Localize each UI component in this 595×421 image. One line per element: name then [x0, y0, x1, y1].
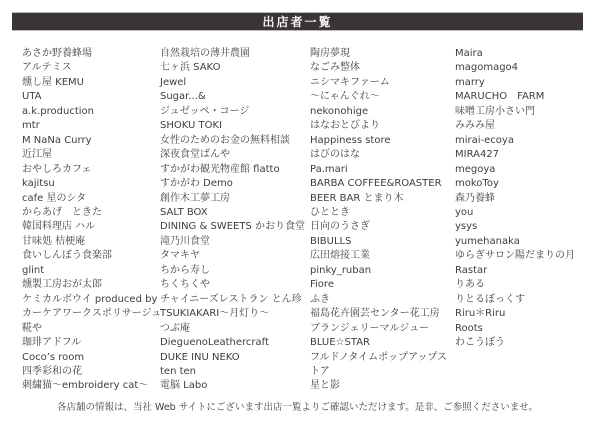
vendor-name: DUKE INU NEKO — [160, 351, 310, 365]
vendor-name: MIRA427 — [455, 148, 587, 162]
vendor-column-3: 陶房夢現なごみ整体ニシマキファーム～にゃんぐれ～nekonohigeはなおとびよ… — [310, 47, 455, 394]
vendor-name: Rastar — [455, 264, 587, 278]
vendor-name: ゆらぎサロン陽だまりの月 — [455, 249, 587, 263]
vendor-name: ニシマキファーム — [310, 76, 455, 90]
vendor-name: からあげ ときた — [22, 206, 160, 220]
vendor-name: mtr — [22, 119, 160, 133]
vendor-name: Happiness store — [310, 134, 455, 148]
vendor-name: 燻し屋 KEMU — [22, 76, 160, 90]
vendor-name: MARUCHO FARM — [455, 90, 587, 104]
vendor-name: Roots — [455, 322, 587, 336]
footer-note: 各店舗の情報は、当社 Web サイトにございます出店一覧よりご確認いただけます。… — [0, 399, 595, 413]
vendor-name: pinky_ruban — [310, 264, 455, 278]
vendor-column-4: Mairamagomago4marryMARUCHO FARM味噌工房小さい門み… — [455, 47, 587, 394]
vendor-name: Fiore — [310, 278, 455, 292]
vendor-name: 深夜食堂ばんや — [160, 148, 310, 162]
vendor-name: カーケアワークスポリサージュ — [22, 307, 160, 321]
vendor-name: りある — [455, 278, 587, 292]
vendor-name: つぶ庵 — [160, 322, 310, 336]
vendor-name: Sugar...& — [160, 90, 310, 104]
vendor-name: ブランジェリーマルジュー — [310, 322, 455, 336]
vendor-name: a.k.production — [22, 105, 160, 119]
vendor-name: ケミカルボウイ produced by — [22, 293, 160, 307]
vendor-name: 近江屋 — [22, 148, 160, 162]
vendor-name: SALT BOX — [160, 206, 310, 220]
vendor-name: なごみ整体 — [310, 61, 455, 75]
vendor-name: M NaNa Curry — [22, 134, 160, 148]
vendor-name: ～にゃんぐれ～ — [310, 90, 455, 104]
vendor-name: 糀や — [22, 322, 160, 336]
vendor-name: Riru＊Riru — [455, 307, 587, 321]
vendor-name: DINING & SWEETS かおり食堂 — [160, 220, 310, 234]
vendor-name: kajitsu — [22, 177, 160, 191]
vendor-name: Pa.mari — [310, 163, 455, 177]
vendor-name: アルテミス — [22, 61, 160, 75]
vendor-name: BLUE☆STAR — [310, 336, 455, 350]
vendor-column-2: 自然栽培の薄井農園七ヶ浜 SAKOJewelSugar...&ジュゼッペ・コージ… — [160, 47, 310, 394]
vendor-name: megoya — [455, 163, 587, 177]
vendor-name: 福島花卉園芸センター花工房 — [310, 307, 455, 321]
vendor-name: TSUKIAKARI～月灯り～ — [160, 307, 310, 321]
vendor-name: タマキヤ — [160, 249, 310, 263]
vendor-name: あさか野養蜂場 — [22, 47, 160, 61]
vendor-name: UTA — [22, 90, 160, 104]
vendor-list: あさか野養蜂場アルテミス燻し屋 KEMUUTAa.k.productionmtr… — [22, 47, 587, 394]
vendor-name: DieguenoLeathercraft — [160, 336, 310, 350]
vendor-name: you — [455, 206, 587, 220]
vendor-name: ちから寿し — [160, 264, 310, 278]
vendor-name: ひととき — [310, 206, 455, 220]
vendor-name: nekonohige — [310, 105, 455, 119]
vendor-name: トア — [310, 365, 455, 379]
vendor-name: はなおとびより — [310, 119, 455, 133]
vendor-name: すかがわ観光物産館 flatto — [160, 163, 310, 177]
vendor-name: mokoToy — [455, 177, 587, 191]
vendor-column-1: あさか野養蜂場アルテミス燻し屋 KEMUUTAa.k.productionmtr… — [22, 47, 160, 394]
vendor-name: yumehanaka — [455, 235, 587, 249]
vendor-name: ten ten — [160, 365, 310, 379]
vendor-name: Maira — [455, 47, 587, 61]
vendor-name: フルドノタイムポップアップス — [310, 351, 455, 365]
vendor-name: 創作木工夢工房 — [160, 192, 310, 206]
vendor-name: glint — [22, 264, 160, 278]
vendor-name: mirai-ecoya — [455, 134, 587, 148]
vendor-name: 自然栽培の薄井農園 — [160, 47, 310, 61]
vendor-name: 女性のためのお金の無料相談 — [160, 134, 310, 148]
vendor-name: 味噌工房小さい門 — [455, 105, 587, 119]
vendor-name: 電脳 Labo — [160, 379, 310, 393]
vendor-name: すかがわ Demo — [160, 177, 310, 191]
vendor-name: ふき — [310, 293, 455, 307]
vendor-name: Coco’s room — [22, 351, 160, 365]
vendor-name: ジュゼッペ・コージ — [160, 105, 310, 119]
vendor-name: ysys — [455, 220, 587, 234]
vendor-name: 陶房夢現 — [310, 47, 455, 61]
vendor-name: 星と影 — [310, 379, 455, 393]
vendor-name: 珈琲アドフル — [22, 336, 160, 350]
vendor-name: marry — [455, 76, 587, 90]
vendor-name: 日向のうさぎ — [310, 220, 455, 234]
vendor-name: 七ヶ浜 SAKO — [160, 61, 310, 75]
vendor-name: 韓国料理店 ハル — [22, 220, 160, 234]
vendor-name: りとるぼっくす — [455, 293, 587, 307]
vendor-name: 刺繍猫～embroidery cat～ — [22, 379, 160, 393]
vendor-name: 甘味処 桔梗庵 — [22, 235, 160, 249]
vendor-name: 四季彩和の花 — [22, 365, 160, 379]
vendor-name: 森乃養蜂 — [455, 192, 587, 206]
vendor-name: おやしろカフェ — [22, 163, 160, 177]
vendor-name: cafe 星のシタ — [22, 192, 160, 206]
vendor-name: ちくちくや — [160, 278, 310, 292]
vendor-name: はびのはな — [310, 148, 455, 162]
vendor-name: 滝乃川食堂 — [160, 235, 310, 249]
vendor-name: わこうぼう — [455, 336, 587, 350]
vendor-name: Jewel — [160, 76, 310, 90]
page-title: 出店者一覧 — [262, 16, 332, 28]
vendor-name: BIBULLS — [310, 235, 455, 249]
vendor-name: 食いしんぼう食楽部 — [22, 249, 160, 263]
vendor-name: BARBA COFFEE&ROASTER — [310, 177, 455, 191]
vendor-name: みみみ屋 — [455, 119, 587, 133]
vendor-name: BEER BAR とまり木 — [310, 192, 455, 206]
vendor-name: SHOKU TOKI — [160, 119, 310, 133]
vendor-name: チャイニーズレストラン とん珍 — [160, 293, 310, 307]
vendor-name: magomago4 — [455, 61, 587, 75]
header-bar: 出店者一覧 — [12, 12, 583, 31]
vendor-name: 広田熔接工業 — [310, 249, 455, 263]
vendor-name: 燻製工房おが太郎 — [22, 278, 160, 292]
